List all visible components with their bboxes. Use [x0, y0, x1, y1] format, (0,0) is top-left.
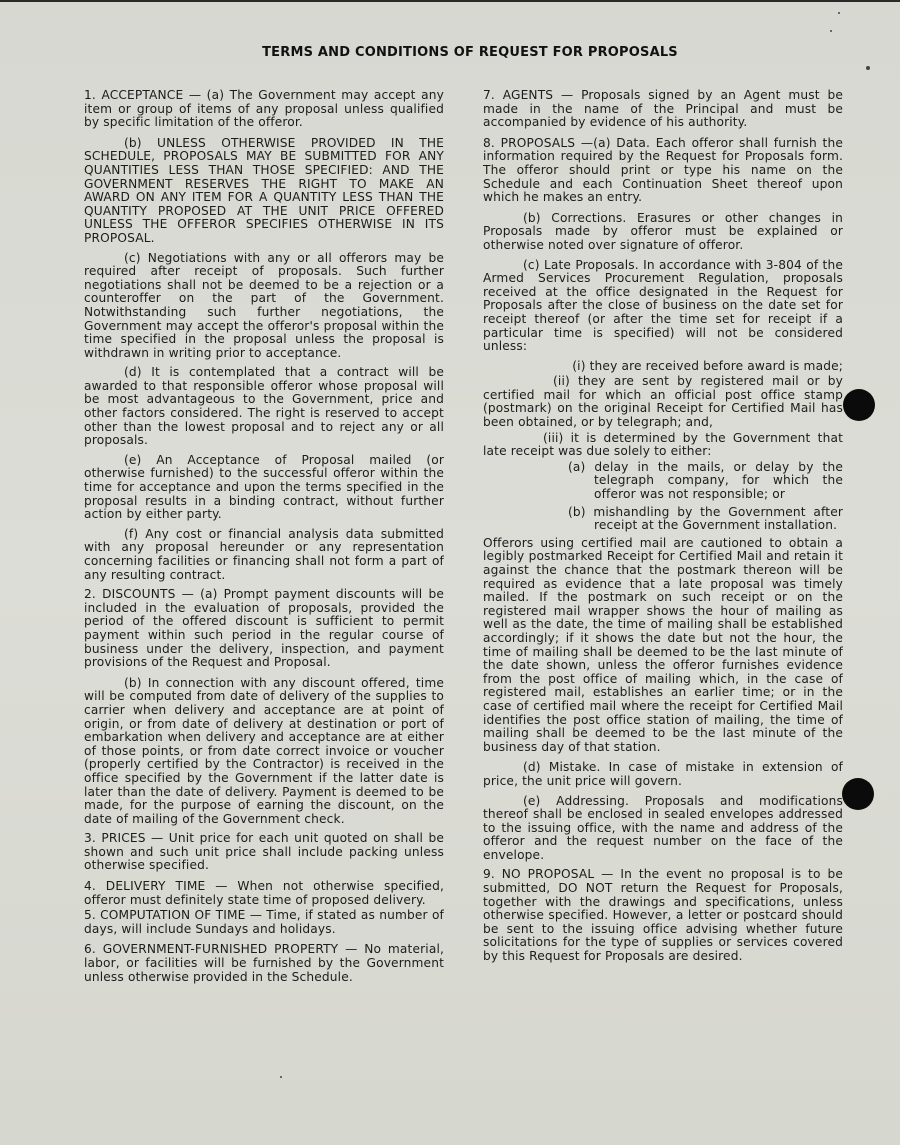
clause-1b: (b) UNLESS OTHERWISE PROVIDED IN THE SCH… [84, 137, 444, 246]
clause-2b: (b) In connection with any discount offe… [84, 677, 444, 827]
clause-5: 5. COMPUTATION OF TIME — Time, if stated… [84, 909, 444, 936]
clause-6: 6. GOVERNMENT-FURNISHED PROPERTY — No ma… [84, 943, 444, 984]
clause-1c: (c) Negotiations with any or all offeror… [84, 252, 444, 361]
clause-8c-i: (i) they are received before award is ma… [483, 360, 843, 374]
clause-3: 3. PRICES — Unit price for each unit quo… [84, 832, 444, 873]
clause-7: 7. AGENTS — Proposals signed by an Agent… [483, 89, 843, 130]
right-column: 7. AGENTS — Proposals signed by an Agent… [483, 89, 843, 971]
clause-8b: (b) Corrections. Erasures or other chang… [483, 212, 843, 253]
clause-8c-iii: (iii) it is determined by the Government… [483, 432, 843, 459]
clause-1a: 1. ACCEPTANCE — (a) The Government may a… [84, 89, 444, 130]
clause-8c-iii-a: (a) delay in the mails, or delay by the … [568, 461, 843, 502]
clause-1e: (e) An Acceptance of Proposal mailed (or… [84, 454, 444, 522]
document-title: TERMS AND CONDITIONS OF REQUEST FOR PROP… [0, 45, 900, 60]
clause-8c: (c) Late Proposals. In accordance with 3… [483, 259, 843, 354]
clause-2a: 2. DISCOUNTS — (a) Prompt payment discou… [84, 588, 444, 670]
clause-8c-ii: (ii) they are sent by registered mail or… [483, 375, 843, 429]
document-page: TERMS AND CONDITIONS OF REQUEST FOR PROP… [0, 0, 900, 1145]
speck-mark [280, 1076, 282, 1078]
clause-8c-iii-b: (b) mishandling by the Government after … [568, 506, 843, 533]
clause-1f: (f) Any cost or financial analysis data … [84, 528, 444, 582]
clause-4: 4. DELIVERY TIME — When not otherwise sp… [84, 880, 444, 907]
top-edge-line [0, 0, 900, 2]
punch-hole-top [843, 389, 875, 421]
clause-8a: 8. PROPOSALS —(a) Data. Each offeror sha… [483, 137, 843, 205]
speck-mark [838, 12, 840, 14]
clause-9: 9. NO PROPOSAL — In the event no proposa… [483, 868, 843, 963]
punch-hole-bottom [842, 778, 874, 810]
clause-8c-note: Offerors using certified mail are cautio… [483, 537, 843, 755]
clause-8e: (e) Addressing. Proposals and modificati… [483, 795, 843, 863]
left-column: 1. ACCEPTANCE — (a) The Government may a… [84, 89, 444, 991]
speck-mark [830, 30, 832, 32]
clause-1d: (d) It is contemplated that a contract w… [84, 366, 444, 448]
speck-mark [866, 66, 870, 70]
clause-8d: (d) Mistake. In case of mistake in exten… [483, 761, 843, 788]
